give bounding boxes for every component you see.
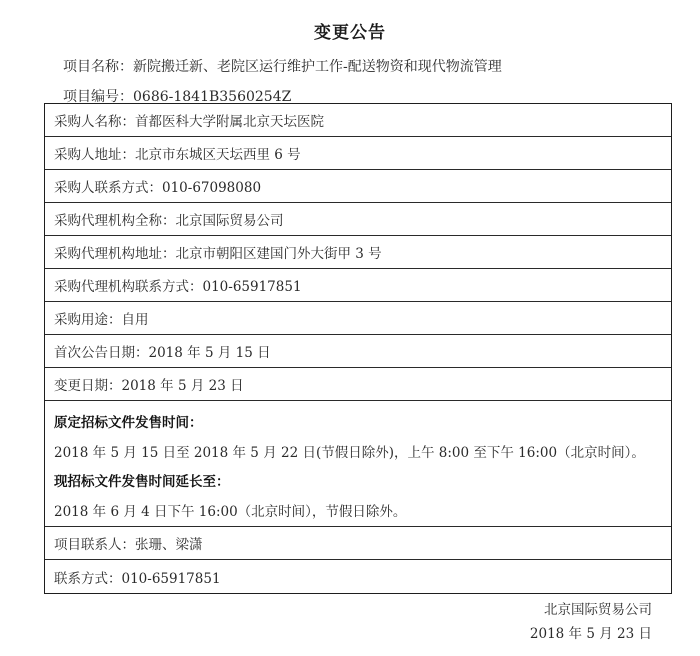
table-row-purchaser-address: 采购人地址：北京市东城区天坛西里 6 号 (45, 137, 671, 170)
table-row-purchaser-contact: 采购人联系方式：010-67098080 (45, 170, 671, 203)
footer-date: 2018 年 5 月 23 日 (530, 622, 652, 642)
table-row-agency-address: 采购代理机构地址：北京市朝阳区建国门外大街甲 3 号 (45, 236, 671, 269)
original-sale-time-heading: 原定招标文件发售时间： (54, 409, 671, 439)
table-row-agency-contact: 采购代理机构联系方式：010-65917851 (45, 269, 671, 302)
info-table: 采购人名称：首都医科大学附属北京天坛医院 采购人地址：北京市东城区天坛西里 6 … (44, 103, 672, 594)
table-row-purpose: 采购用途：自用 (45, 302, 671, 335)
table-row-change-details: 原定招标文件发售时间： 2018 年 5 月 15 日至 2018 年 5 月 … (45, 401, 671, 527)
table-row-project-contact: 项目联系人：张珊、梁潇 (45, 527, 671, 560)
document-title: 变更公告 (0, 18, 700, 43)
original-sale-time-text: 2018 年 5 月 15 日至 2018 年 5 月 22 日(节假日除外)，… (54, 439, 671, 469)
table-row-change-date: 变更日期：2018 年 5 月 23 日 (45, 368, 671, 401)
project-name: 项目名称：新院搬迁新、老院区运行维护工作-配送物资和现代物流管理 (63, 56, 502, 76)
new-sale-time-heading: 现招标文件发售时间延长至： (54, 468, 671, 498)
table-row-agency-name: 采购代理机构全称：北京国际贸易公司 (45, 203, 671, 236)
table-row-first-notice-date: 首次公告日期：2018 年 5 月 15 日 (45, 335, 671, 368)
footer-company: 北京国际贸易公司 (544, 598, 652, 618)
new-sale-time-text: 2018 年 6 月 4 日下午 16:00（北京时间），节假日除外。 (54, 498, 671, 528)
table-row-contact-phone: 联系方式：010-65917851 (45, 560, 671, 593)
table-row-purchaser-name: 采购人名称：首都医科大学附属北京天坛医院 (45, 104, 671, 137)
